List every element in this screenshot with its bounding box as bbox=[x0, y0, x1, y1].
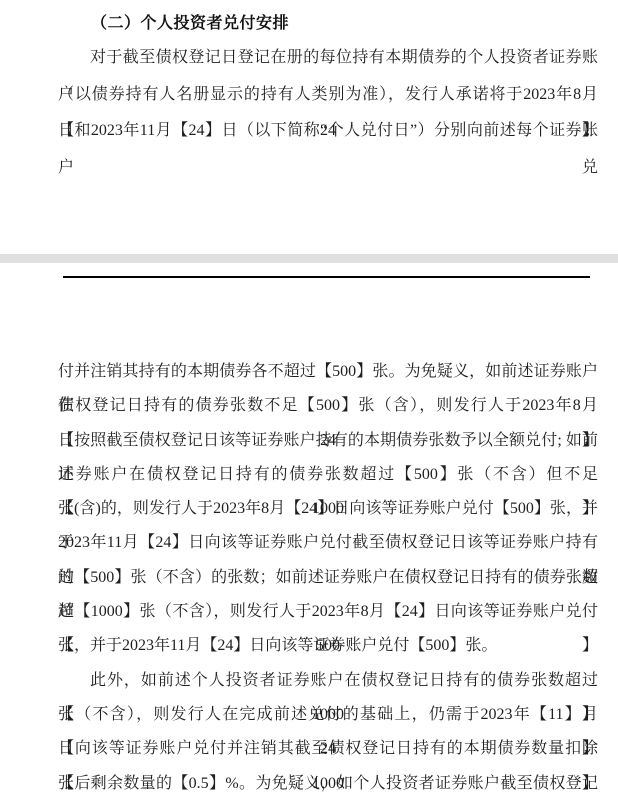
paragraph-line: 张后剩余数量的【0.5】%。为免疑义，如个人投资者证券账户截至债权登记日持 bbox=[58, 767, 598, 801]
page-1-paragraph: 对于截至债权登记日登记在册的每位持有本期债券的个人投资者证券账户 （以债券持有人… bbox=[58, 40, 598, 150]
paragraph-line: （以债券持有人名册显示的持有人类别为准），发行人承诺将于2023年8月【24】 bbox=[58, 77, 598, 114]
paragraph-line: 过【1000】张（不含），则发行人于2023年8月【24】日向该等证券账户兑付【… bbox=[58, 595, 598, 629]
header-rule bbox=[63, 276, 590, 278]
paragraph-line: 此外，如前述个人投资者证券账户在债权登记日持有的债券张数超过【1000】 bbox=[58, 664, 598, 698]
paragraph-line: 证券账户在债权登记日持有的债券张数超过【500】张（不含）但不足【1000】 bbox=[58, 458, 598, 492]
paragraph-line: 日按照截至债权登记日该等证券账户持有的本期债券张数予以全额兑付; 如前述 bbox=[58, 424, 598, 458]
paragraph-line: 2023年11月【24】日向该等证券账户兑付截至债权登记日该等证券账户持有的超 bbox=[58, 526, 598, 560]
paragraph-line: 张(含)的，则发行人于2023年8月【24】日向该等证券账户兑付【500】张，并… bbox=[58, 492, 598, 526]
paragraph-line: 债权登记日持有的债券张数不足【500】张（含），则发行人于2023年8月【24】 bbox=[58, 389, 598, 423]
section-heading: （二）个人投资者兑付安排 bbox=[91, 10, 289, 33]
paragraph-line: 付并注销其持有的本期债券各不超过【500】张。为免疑义，如前述证券账户在 bbox=[58, 355, 598, 389]
paragraph-line: 过【500】张（不含）的张数；如前述证券账户在债权登记日持有的债券张数超 bbox=[58, 561, 598, 595]
page-2-paragraphs: 付并注销其持有的本期债券各不超过【500】张。为免疑义，如前述证券账户在 债权登… bbox=[58, 355, 598, 801]
paragraph-line: 对于截至债权登记日登记在册的每位持有本期债券的个人投资者证券账户 bbox=[58, 40, 598, 77]
paragraph-line: 张（不含），则发行人在完成前述兑付的基础上，仍需于2023年【11】月【24】 bbox=[58, 698, 598, 732]
paragraph-line: 日向该等证券账户兑付并注销其截至债权登记日持有的本期债券数量扣除【1000】 bbox=[58, 732, 598, 766]
paragraph-line: 日和2023年11月【24】日（以下简称“个人兑付日”）分别向前述每个证券账户兑 bbox=[58, 113, 598, 150]
page-gap bbox=[0, 254, 618, 263]
document-page-view: （二）个人投资者兑付安排 对于截至债权登记日登记在册的每位持有本期债券的个人投资… bbox=[0, 0, 618, 803]
